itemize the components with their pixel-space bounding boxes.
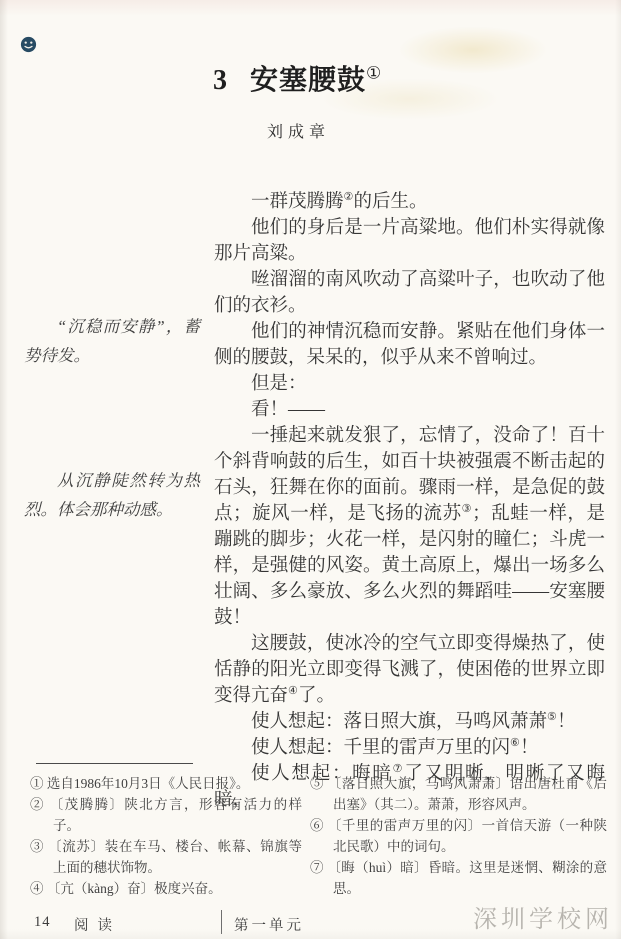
footnote-column-right: ⑤ 〔落日照大旗，马鸣风萧萧〕语出唐杜甫《后出塞》（其二）。萧萧，形容风声。 ⑥… bbox=[310, 773, 607, 899]
paragraph: 一捶起来就发狠了，忘情了，没命了！百十个斜背响鼓的后生，如百十块被强震不断击起的… bbox=[214, 423, 605, 631]
paragraph: 这腰鼓，使冰冷的空气立即变得燥热了，使恬静的阳光立即变得飞溅了，使困倦的世界立即… bbox=[214, 631, 605, 709]
lesson-body: 一群茂腾腾②的后生。 他们的身后是一片高粱地。他们朴实得就像那片高粱。 咝溜溜的… bbox=[214, 189, 605, 813]
lesson-number: 3 bbox=[213, 65, 228, 96]
unit-label: 第一单元 bbox=[234, 914, 304, 935]
section-label: 阅读 bbox=[74, 914, 121, 935]
watermark: 深圳学校网 bbox=[473, 899, 613, 934]
footnote: ③ 〔流苏〕装在车马、楼台、帐幕、锦旗等上面的穗状饰物。 bbox=[30, 836, 302, 878]
footnote-separator bbox=[36, 763, 193, 764]
footnote: ⑤ 〔落日照大旗，马鸣风萧萧〕语出唐杜甫《后出塞》（其二）。萧萧，形容风声。 bbox=[310, 773, 607, 815]
lesson-title-text: 安塞腰鼓 bbox=[250, 65, 366, 96]
paragraph: 一群茂腾腾②的后生。 bbox=[214, 189, 605, 215]
paragraph: 使人想起：千里的雷声万里的闪⑥！ bbox=[214, 735, 605, 761]
footnote-column-left: ① 选自1986年10月3日《人民日报》。 ② 〔茂腾腾〕陕北方言，形容有活力的… bbox=[30, 773, 302, 899]
page-number: 14 bbox=[34, 914, 51, 931]
margin-note: “沉稳而安静”，蓄势待发。 bbox=[24, 312, 200, 370]
footer-divider bbox=[221, 910, 222, 934]
footnote: ④ 〔亢（kàng）奋〕极度兴奋。 bbox=[30, 878, 302, 899]
paper-stain bbox=[398, 26, 548, 74]
footnote: ② 〔茂腾腾〕陕北方言，形容有活力的样子。 bbox=[30, 794, 302, 836]
textbook-page: 3安塞腰鼓① 刘成章 “沉稳而安静”，蓄势待发。 从沉静陡然转为热烈。体会那种动… bbox=[0, 0, 621, 939]
footnote: ⑥ 〔千里的雷声万里的闪〕一首信天游（一种陕北民歌）中的词句。 bbox=[310, 815, 607, 857]
footnote: ① 选自1986年10月3日《人民日报》。 bbox=[30, 773, 302, 794]
smiley-stamp-icon bbox=[20, 36, 37, 53]
author-name: 刘成章 bbox=[267, 119, 330, 142]
footnotes: ① 选自1986年10月3日《人民日报》。 ② 〔茂腾腾〕陕北方言，形容有活力的… bbox=[30, 773, 607, 899]
margin-note: 从沉静陡然转为热烈。体会那种动感。 bbox=[24, 466, 200, 524]
paragraph: 但是： bbox=[214, 371, 605, 397]
paragraph: 他们的身后是一片高粱地。他们朴实得就像那片高粱。 bbox=[214, 215, 605, 267]
paragraph: 看！—— bbox=[214, 397, 605, 423]
lesson-title: 3安塞腰鼓① bbox=[213, 58, 381, 98]
title-footnote-ref: ① bbox=[366, 64, 381, 83]
footnote: ⑦ 〔晦（huì）暗〕昏暗。这里是迷惘、糊涂的意思。 bbox=[310, 857, 607, 899]
paragraph: 咝溜溜的南风吹动了高粱叶子，也吹动了他们的衣衫。 bbox=[214, 267, 605, 319]
paragraph: 他们的神情沉稳而安静。紧贴在他们身体一侧的腰鼓，呆呆的，似乎从来不曾响过。 bbox=[214, 319, 605, 371]
paragraph: 使人想起：落日照大旗，马鸣风萧萧⑤！ bbox=[214, 709, 605, 735]
